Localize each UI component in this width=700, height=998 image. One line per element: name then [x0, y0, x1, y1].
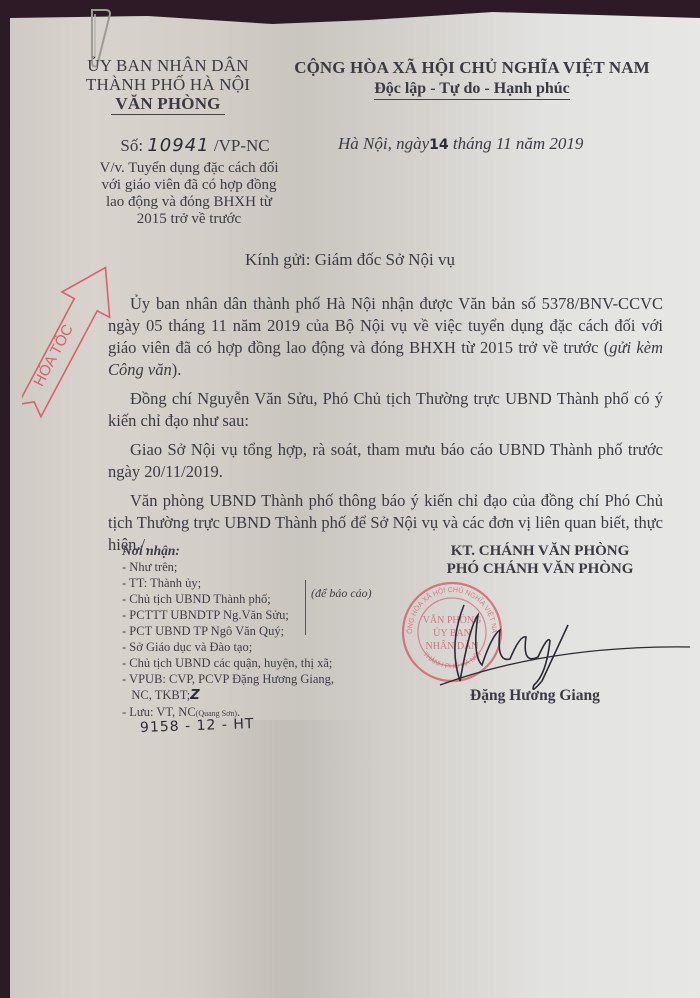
distribution-title: Nơi nhận:	[122, 543, 334, 559]
national-title: CỘNG HÒA XÃ HỘI CHỦ NGHĨA VIỆT NAM Độc l…	[282, 58, 662, 100]
signature-icon	[430, 585, 690, 695]
body-paragraph: Ủy ban nhân dân thành phố Hà Nội nhận đư…	[108, 293, 663, 381]
signer-name: Đặng Hương Giang	[470, 687, 600, 705]
bracket-note: (để báo cáo)	[311, 586, 372, 601]
date-suffix: tháng 11 năm 2019	[453, 134, 584, 153]
urgent-stamp-icon: HỎA TỐC	[22, 250, 112, 425]
subject-line: 2015 trở về trước	[84, 211, 294, 228]
bracket-line	[305, 580, 306, 635]
doc-number-handwritten: 10941	[147, 135, 209, 156]
subject-line: lao động và đóng BHXH từ	[84, 194, 294, 211]
distribution-item: - VPUB: CVP, PCVP Đặng Hương Giang,	[122, 671, 334, 687]
distribution-item: - Sở Giáo dục và Đào tạo;	[122, 639, 334, 655]
date-prefix: Hà Nội, ngày	[338, 134, 429, 153]
doc-number-suffix: /VP-NC	[214, 136, 270, 155]
subject-line: với giáo viên đã có hợp đồng	[84, 177, 294, 194]
nation-name: CỘNG HÒA XÃ HỘI CHỦ NGHĨA VIỆT NAM	[282, 58, 662, 78]
recipient-line: Kính gửi: Giám đốc Sở Nội vụ	[0, 250, 700, 270]
signature-title: KT. CHÁNH VĂN PHÒNG PHÓ CHÁNH VĂN PHÒNG	[410, 542, 670, 578]
distribution-item: - Như trên;	[122, 559, 334, 575]
document-number: Số: 10941 /VP-NC	[95, 135, 295, 156]
date-day-handwritten: 14	[429, 137, 448, 153]
distribution-item: - PCT UBND TP Ngô Văn Quý;	[122, 623, 334, 639]
distribution-item: NC, TKBT;Z	[122, 687, 334, 704]
agency-office: VĂN PHÒNG	[111, 94, 224, 115]
document-date: Hà Nội, ngày14 tháng 11 năm 2019	[338, 134, 583, 154]
national-motto: Độc lập - Tự do - Hạnh phúc	[374, 80, 570, 100]
doc-number-prefix: Số:	[120, 136, 143, 155]
body-paragraph: Giao Sở Nội vụ tổng hợp, rà soát, tham m…	[108, 439, 663, 483]
signature-title-line: KT. CHÁNH VĂN PHÒNG	[410, 542, 670, 560]
agency-line-2: THÀNH PHỐ HÀ NỘI	[78, 75, 258, 94]
distribution-list: Nơi nhận: - Như trên; - TT: Thành ủy; - …	[122, 543, 334, 722]
urgent-stamp-text: HỎA TỐC	[29, 321, 77, 389]
paper-shadow	[180, 720, 380, 998]
subject-line: V/v. Tuyển dụng đặc cách đối	[84, 160, 294, 177]
body-paragraph: Đồng chí Nguyễn Văn Sửu, Phó Chủ tịch Th…	[108, 388, 663, 432]
distribution-item: - Chủ tịch UBND các quận, huyện, thị xã;	[122, 655, 334, 671]
document-subject: V/v. Tuyển dụng đặc cách đối với giáo vi…	[84, 160, 294, 228]
handwritten-mark: Z	[190, 688, 199, 703]
issuing-agency: ỦY BAN NHÂN DÂN THÀNH PHỐ HÀ NỘI VĂN PHÒ…	[78, 56, 258, 115]
distribution-item: - Chủ tịch UBND Thành phố;	[122, 591, 334, 607]
distribution-item: - TT: Thành ủy;	[122, 575, 334, 591]
distribution-item: - PCTTT UBNDTP Ng.Văn Sửu;	[122, 607, 334, 623]
agency-line-1: ỦY BAN NHÂN DÂN	[78, 56, 258, 75]
document-body: Ủy ban nhân dân thành phố Hà Nội nhận đư…	[108, 293, 663, 563]
signature-title-line: PHÓ CHÁNH VĂN PHÒNG	[410, 560, 670, 578]
